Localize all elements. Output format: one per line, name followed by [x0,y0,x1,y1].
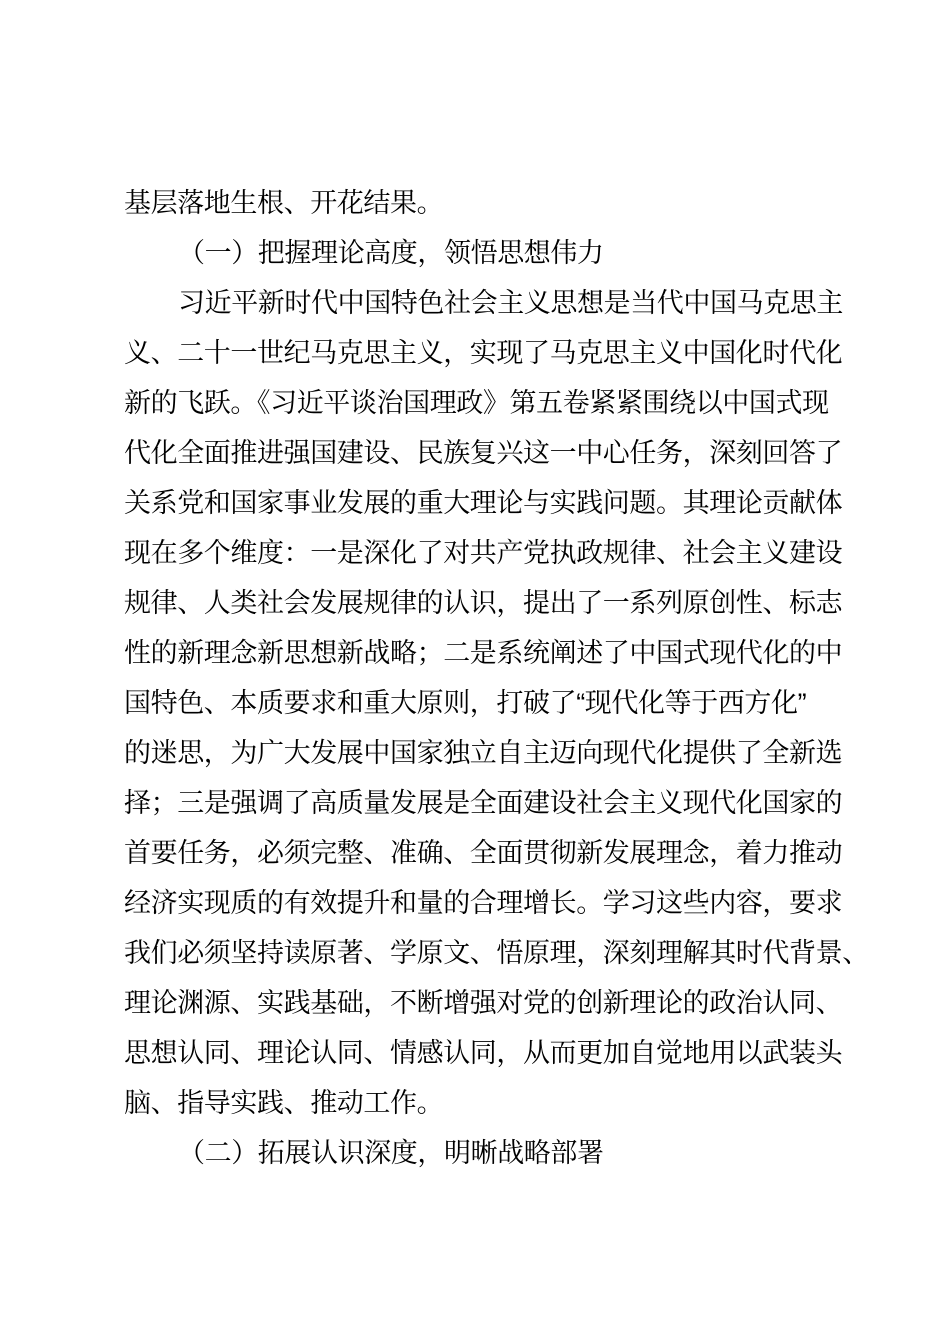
body-line: 择；三是强调了高质量发展是全面建设社会主义现代化国家的 [124,778,860,828]
section-heading-2: （二）拓展认识深度，明晰战略部署 [124,1128,860,1178]
body-line: 经济实现质的有效提升和量的合理增长。学习这些内容，要求 [124,878,860,928]
body-line: 义、二十一世纪马克思主义，实现了马克思主义中国化时代化 [124,328,860,378]
body-line: 脑、指导实践、推动工作。 [124,1078,860,1128]
body-line: 现在多个维度：一是深化了对共产党执政规律、社会主义建设 [124,528,860,578]
body-line: 代化全面推进强国建设、民族复兴这一中心任务，深刻回答了 [124,428,860,478]
document-text-block: 基层落地生根、开花结果。 （一）把握理论高度，领悟思想伟力 习近平新时代中国特色… [124,178,860,1178]
body-line: 国特色、本质要求和重大原则，打破了“现代化等于西方化” [124,678,860,728]
body-line: 的迷思，为广大发展中国家独立自主迈向现代化提供了全新选 [124,728,860,778]
body-line: 性的新理念新思想新战略；二是系统阐述了中国式现代化的中 [124,628,860,678]
section-heading-1: （一）把握理论高度，领悟思想伟力 [124,228,860,278]
body-line: 首要任务，必须完整、准确、全面贯彻新发展理念，着力推动 [124,828,860,878]
body-line: 关系党和国家事业发展的重大理论与实践问题。其理论贡献体 [124,478,860,528]
body-line: 理论渊源、实践基础，不断增强对党的创新理论的政治认同、 [124,978,860,1028]
body-line: 习近平新时代中国特色社会主义思想是当代中国马克思主 [124,278,860,328]
body-line: 思想认同、理论认同、情感认同，从而更加自觉地用以武装头 [124,1028,860,1078]
body-line: 规律、人类社会发展规律的认识，提出了一系列原创性、标志 [124,578,860,628]
document-page: 基层落地生根、开花结果。 （一）把握理论高度，领悟思想伟力 习近平新时代中国特色… [0,0,950,1344]
body-line: 我们必须坚持读原著、学原文、悟原理，深刻理解其时代背景、 [124,928,860,978]
paragraph-continuation-line: 基层落地生根、开花结果。 [124,178,860,228]
body-line: 新的飞跃。《习近平谈治国理政》第五卷紧紧围绕以中国式现 [124,378,860,428]
